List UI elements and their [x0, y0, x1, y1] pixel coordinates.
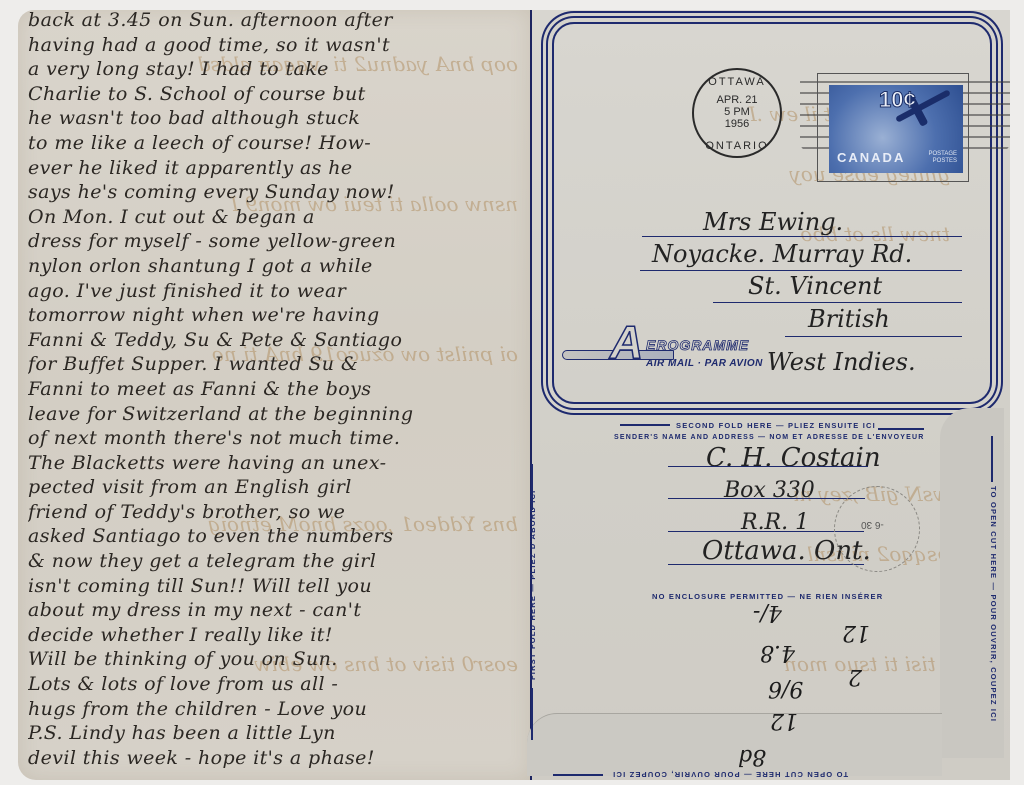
letter-line: to me like a leech of course! How-	[28, 131, 524, 156]
letter-line: a very long stay! I had to take	[28, 57, 524, 82]
recipient-city: St. Vincent	[748, 272, 882, 300]
letter-line: Fanni & Teddy, Su & Pete & Santiago	[28, 328, 524, 353]
stamp-country: CANADA	[837, 150, 905, 165]
letter-line: Charlie to S. School of course but	[28, 82, 524, 107]
logo-word: EROGRAMME	[646, 337, 749, 353]
letter-line: hugs from the children - Love you	[28, 697, 524, 722]
address-line	[640, 270, 962, 271]
sender-label: SENDER'S NAME AND ADDRESS — NOM ET ADRES…	[614, 434, 925, 441]
letter-line: about my dress in my next - can't	[28, 598, 524, 623]
calculation: 9/6	[768, 676, 803, 701]
postage-stamp: 10¢ CANADA POSTAGE POSTES	[829, 85, 963, 173]
letter-line: tomorrow night when we're having	[28, 303, 524, 328]
bottom-flap	[527, 713, 942, 776]
recipient-country: West Indies.	[767, 348, 916, 376]
address-line	[785, 336, 962, 337]
address-line	[642, 236, 962, 237]
up-arrow-icon	[991, 436, 993, 482]
letter-line: says he's coming every Sunday now!	[28, 180, 524, 205]
letter-line: for Buffet Supper. I wanted Su &	[28, 352, 524, 377]
right-arrow-icon	[878, 428, 924, 430]
letter-line: ago. I've just finished it to wear	[28, 279, 524, 304]
calculation: 4/-	[753, 600, 782, 625]
letter-line: decide whether I really like it!	[28, 623, 524, 648]
letter-line: having had a good time, so it wasn't	[28, 33, 524, 58]
letter-line: ever he liked it apparently as he	[28, 156, 524, 181]
letter-line: On Mon. I cut out & began a	[28, 205, 524, 230]
logo-subtitle: AIR MAIL · PAR AVION	[646, 358, 763, 369]
letter-line: pected visit from an English girl	[28, 475, 524, 500]
aerogramme-logo: A EROGRAMME AIR MAIL · PAR AVION	[562, 315, 762, 375]
calculation: 12	[842, 620, 870, 645]
letter-line: friend of Teddy's brother, so we	[28, 500, 524, 525]
left-arrow-icon	[620, 424, 670, 426]
address-line	[668, 564, 864, 565]
letter-line: nylon orlon shantung I got a while	[28, 254, 524, 279]
second-fold-text: SECOND FOLD HERE — PLIEZ ENSUITE ICI	[676, 421, 876, 430]
letter-body: back at 3.45 on Sun. afternoon after hav…	[28, 8, 524, 770]
stamp-subtitle: POSTAGE POSTES	[928, 151, 957, 165]
address-line	[713, 302, 962, 303]
cut-here-right-text: TO OPEN CUT HERE — POUR OUVRIR, COUPEZ I…	[989, 486, 998, 722]
postmark-province: ONTARIO	[694, 140, 780, 152]
address-line	[668, 498, 865, 499]
letter-line: Will be thinking of you on Sun.	[28, 647, 524, 672]
first-fold-text: FIRST FOLD HERE — PLIEZ D'ABORD ICI	[528, 490, 537, 680]
letter-line: Lots & lots of love from us all -	[28, 672, 524, 697]
sender-name: C. H. Costain	[706, 443, 881, 473]
recipient-name: Mrs Ewing.	[703, 208, 843, 236]
calculation: 8d	[738, 744, 766, 769]
recipient-street: Noyacke. Murray Rd.	[652, 240, 912, 268]
letter-line: he wasn't too bad although stuck	[28, 106, 524, 131]
letter-line: isn't coming till Sun!! Will tell you	[28, 574, 524, 599]
postmark: OTTAWA APR. 21 5 PM 1956 ONTARIO	[692, 68, 782, 158]
cut-here-bottom-text: TO OPEN CUT HERE — POUR OUVRIR, COUPEZ I…	[612, 770, 848, 779]
letter-line: leave for Switzerland at the beginning	[28, 402, 524, 427]
left-arrow-icon	[553, 774, 603, 776]
letter-line: asked Santiago to even the numbers	[28, 524, 524, 549]
ink-bleed-through: I tisi ti tsuo mon	[550, 650, 950, 678]
letter-line: & now they get a telegram the girl	[28, 549, 524, 574]
address-line	[668, 466, 868, 467]
letter-line: P.S. Lindy has been a little Lyn	[28, 721, 524, 746]
calculation: 12	[770, 708, 798, 733]
stamp-value: 10¢	[879, 87, 916, 113]
letter-line: Fanni to meet as Fanni & the boys	[28, 377, 524, 402]
calculation: 2	[848, 664, 862, 689]
letter-line: dress for myself - some yellow-green	[28, 229, 524, 254]
postmark-city: OTTAWA	[694, 76, 780, 88]
logo-letter: A	[610, 315, 643, 369]
recipient-region: British	[808, 305, 890, 333]
letter-line: devil this week - hope it's a phase!	[28, 746, 524, 771]
letter-line: back at 3.45 on Sun. afternoon after	[28, 8, 524, 33]
postmark-datetime: APR. 21 5 PM 1956	[694, 94, 780, 130]
faint-postmark: -6 30	[834, 486, 920, 572]
letter-line: The Blacketts were having an unex-	[28, 451, 524, 476]
letter-line: of next month there's not much time.	[28, 426, 524, 451]
sender-box: Box 330	[724, 478, 815, 503]
fold-guide-line	[531, 688, 533, 740]
calculation: 4.8	[760, 640, 795, 665]
